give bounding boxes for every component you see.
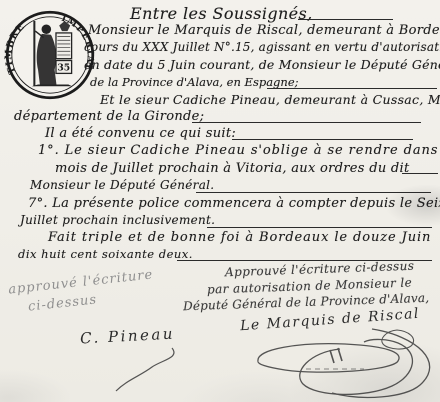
ruled-blank: [298, 19, 393, 20]
document-line: en date du 5 Juin courant, de Monsieur l…: [84, 58, 440, 72]
ruled-blank: [267, 88, 437, 89]
riscal-paraph-ticks: [330, 348, 342, 363]
scanned-document: TIMBRE IMPERIAL 35 Entre les Soussignés,…: [0, 0, 440, 402]
ruled-blank: [207, 227, 432, 228]
document-line: mois de Juillet prochain à Vitoria, aux …: [55, 162, 410, 176]
document-line: Entre les Soussignés,: [130, 5, 313, 23]
document-line: Fait triple et de bonne foi à Bordeaux l…: [48, 231, 431, 245]
riscal-paraph-ellipse: [258, 344, 399, 372]
riscal-paraph-small-loop: [382, 330, 414, 349]
document-line: 7°. La présente police commencera à comp…: [28, 197, 440, 211]
approval-note-left: ci-dessus: [27, 293, 97, 314]
ruled-blank: [402, 173, 438, 174]
document-line: Monsieur le Député Général.: [30, 179, 214, 192]
document-line: dix huit cent soixante deux.: [18, 248, 193, 261]
pineau-paraph: [116, 348, 174, 391]
riscal-paraph-sweep: [332, 329, 430, 397]
document-line: de la Province d'Alava, en Espagne;: [90, 76, 299, 89]
signature-pineau: C. Pineau: [80, 325, 176, 348]
ruled-blank: [196, 192, 431, 193]
document-line: 1°. Le sieur Cadiche Pineau s'oblige à s…: [38, 144, 440, 158]
document-line: Et le sieur Cadiche Pineau, demeurant à …: [100, 93, 440, 107]
riscal-paraph-loop: [300, 339, 413, 394]
document-line: Monsieur le Marquis de Riscal, demeurant…: [88, 24, 440, 38]
document-line: Il a été convenu ce qui suit:: [45, 127, 236, 141]
document-line: département de la Gironde;: [14, 110, 204, 124]
ruled-blank: [232, 139, 413, 140]
document-line: Juillet prochain inclusivement.: [20, 214, 215, 227]
stamp-denomination: 35: [57, 63, 70, 74]
ruled-blank: [192, 122, 421, 123]
document-line: cours du XXX Juillet N°.15, agissant en …: [84, 41, 440, 54]
timbre-imperial-stamp: TIMBRE IMPERIAL 35: [4, 7, 96, 103]
